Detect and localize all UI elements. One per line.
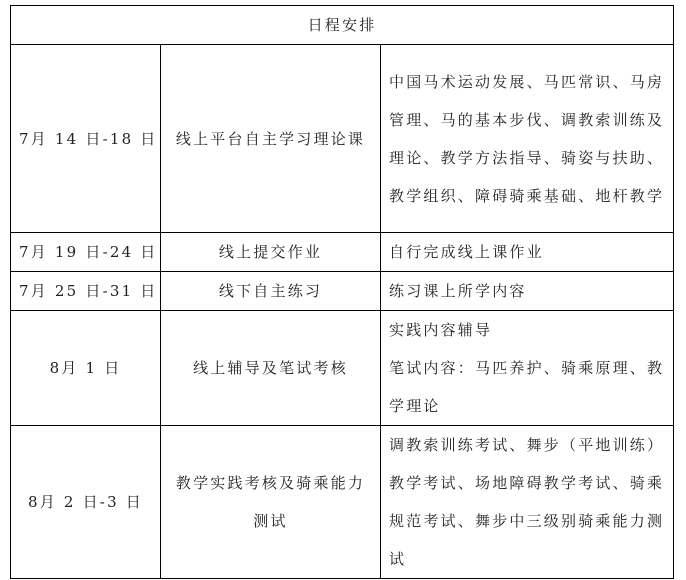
content-cell: 实践内容辅导 笔试内容：马匹养护、骑乘原理、教学理论 bbox=[381, 311, 674, 426]
table-row: 7月 14 日-18 日 线上平台自主学习理论课 中国马术运动发展、马匹常识、马… bbox=[11, 45, 674, 233]
activity-cell: 线上辅导及笔试考核 bbox=[161, 311, 381, 426]
activity-cell: 线上平台自主学习理论课 bbox=[161, 45, 381, 233]
date-cell: 8月 1 日 bbox=[11, 311, 161, 426]
table-title: 日程安排 bbox=[11, 6, 674, 45]
table-row: 7月 19 日-24 日 线上提交作业 自行完成线上课作业 bbox=[11, 233, 674, 272]
content-line: 笔试内容：马匹养护、骑乘原理、教学理论 bbox=[389, 349, 665, 425]
date-cell: 7月 25 日-31 日 bbox=[11, 272, 161, 311]
content-cell: 中国马术运动发展、马匹常识、马房管理、马的基本步伐、调教索训练及理论、教学方法指… bbox=[381, 45, 674, 233]
date-cell: 7月 19 日-24 日 bbox=[11, 233, 161, 272]
content-cell: 调教索训练考试、舞步（平地训练）教学考试、场地障碍教学考试、骑乘规范考试、舞步中… bbox=[381, 426, 674, 579]
table-row: 8月 1 日 线上辅导及笔试考核 实践内容辅导 笔试内容：马匹养护、骑乘原理、教… bbox=[11, 311, 674, 426]
activity-cell: 线下自主练习 bbox=[161, 272, 381, 311]
table-row: 7月 25 日-31 日 线下自主练习 练习课上所学内容 bbox=[11, 272, 674, 311]
content-line: 自行完成线上课作业 bbox=[389, 233, 665, 271]
date-cell: 7月 14 日-18 日 bbox=[11, 45, 161, 233]
content-line: 练习课上所学内容 bbox=[389, 272, 665, 310]
content-line: 中国马术运动发展、马匹常识、马房管理、马的基本步伐、调教索训练及理论、教学方法指… bbox=[389, 63, 665, 215]
content-cell: 自行完成线上课作业 bbox=[381, 233, 674, 272]
content-cell: 练习课上所学内容 bbox=[381, 272, 674, 311]
table-row: 8月 2 日-3 日 教学实践考核及骑乘能力测试 调教索训练考试、舞步（平地训练… bbox=[11, 426, 674, 579]
activity-cell: 线上提交作业 bbox=[161, 233, 381, 272]
schedule-table: 日程安排 7月 14 日-18 日 线上平台自主学习理论课 中国马术运动发展、马… bbox=[10, 5, 674, 579]
title-row: 日程安排 bbox=[11, 6, 674, 45]
date-cell: 8月 2 日-3 日 bbox=[11, 426, 161, 579]
activity-cell: 教学实践考核及骑乘能力测试 bbox=[161, 426, 381, 579]
content-line: 调教索训练考试、舞步（平地训练）教学考试、场地障碍教学考试、骑乘规范考试、舞步中… bbox=[389, 426, 665, 578]
content-line: 实践内容辅导 bbox=[389, 311, 665, 349]
